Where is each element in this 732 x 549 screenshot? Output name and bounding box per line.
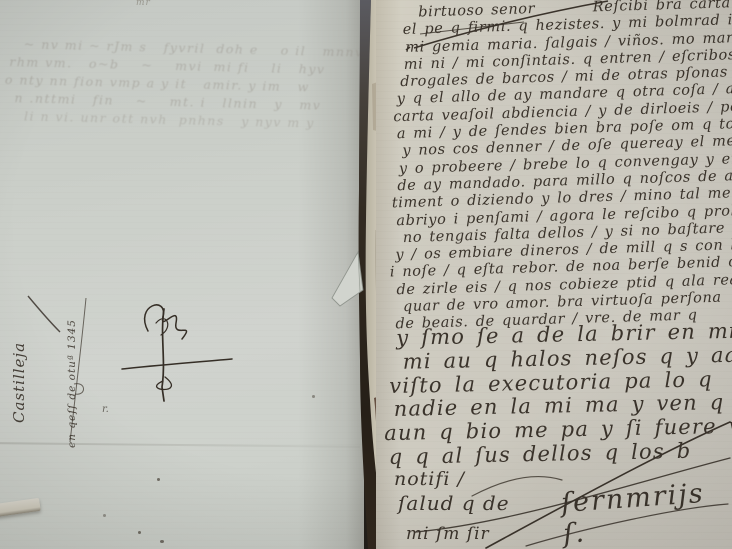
manuscript-photo: mr ~ nv mi ~ rJm s fyvril doh e o il mnn…	[0, 0, 732, 549]
ink-speck	[160, 540, 164, 543]
ink-speck	[103, 514, 106, 517]
vertical-note-name: Castilleja	[10, 291, 30, 423]
bleedthrough-text-block: ~ nv mi ~ rJm s fyvril doh e o il mnnv m…	[8, 36, 355, 134]
ink-speck	[157, 478, 160, 481]
closing-line: mi ſm ſir	[406, 524, 490, 544]
margin-mark: r.	[102, 404, 109, 415]
closing-note: notifi /	[394, 468, 465, 490]
signature: ſernmrijs ſ.	[560, 476, 732, 549]
manuscript-body-text: birtuoso senor Reſcibi bra carta y viel …	[402, 0, 732, 333]
left-page: mr ~ nv mi ~ rJm s fyvril doh e o il mnn…	[0, 0, 364, 549]
paper-sliver	[0, 498, 41, 517]
notarial-cross-sign	[118, 295, 240, 417]
manuscript-lower-text: y ſmo ſe a de la brir en mis vemi au q h…	[390, 318, 732, 469]
ink-speck	[312, 395, 315, 398]
paper-crease	[0, 442, 360, 448]
vertical-note-date: en qeſſ de otuª 1345	[66, 298, 80, 448]
ink-speck	[138, 531, 141, 534]
right-page: birtuoso senor Reſcibi bra carta y viel …	[376, 0, 732, 549]
closing-salutation: ſalud q de	[398, 491, 510, 515]
pencil-mark: mr	[136, 0, 151, 8]
